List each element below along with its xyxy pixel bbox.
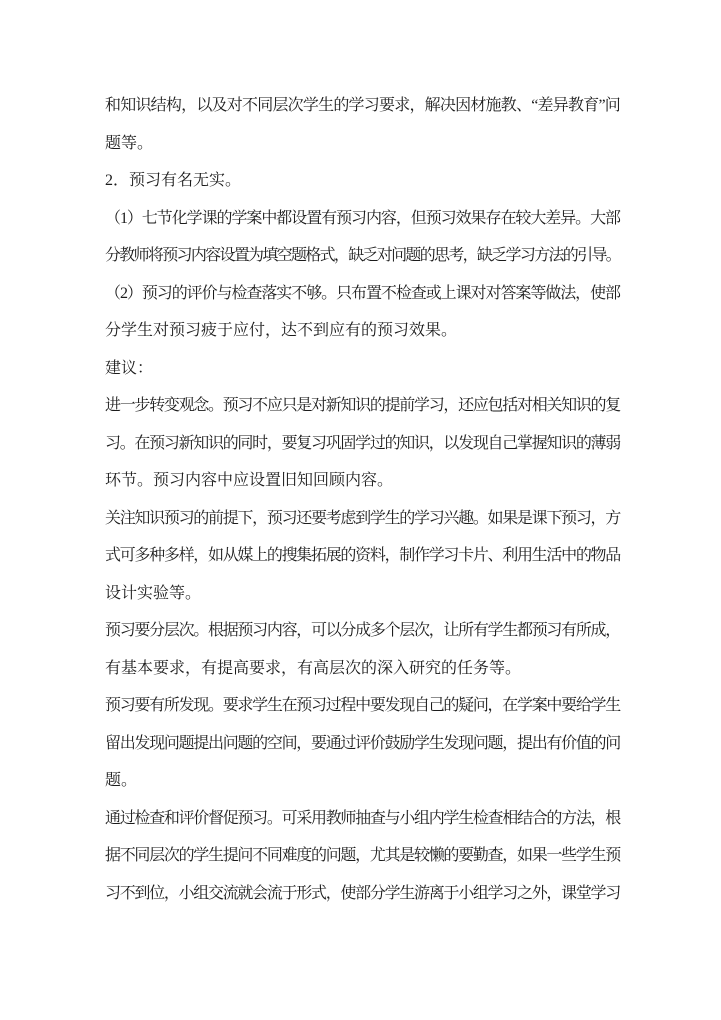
text-line-content: 据不同层次的学生提问不同难度的问题，尤其是较懒的要勤查，如果一些学生预 (105, 847, 620, 864)
text-line-content: 题。 (105, 772, 137, 789)
text-line-content: 题等。 (105, 135, 153, 152)
text-line: 建议： (105, 350, 620, 388)
text-line-content: 预习要分层次。根据预习内容，可以分成多个层次，让所有学生都预习有所成， (105, 622, 620, 639)
paragraph: 建议： (105, 350, 620, 388)
text-line-content: 建议： (105, 360, 153, 377)
text-line: （1）七节化学课的学案中都设置有预习内容，但预习效果存在较大差异。大部 (105, 200, 620, 238)
paragraph: 和知识结构，以及对不同层次学生的学习要求，解决因材施教、“差异教育”问 题等。 (105, 87, 620, 162)
text-line-content: 进一步转变观念。预习不应只是对新知识的提前学习，还应包括对相关知识的复 (105, 397, 620, 414)
text-line: （2）预习的评价与检查落实不够。只布置不检查或上课对对答案等做法，使部 (105, 275, 620, 313)
text-line: 预习要有所发现。要求学生在预习过程中要发现自己的疑问，在学案中要给学生 (105, 687, 620, 725)
text-line: 和知识结构，以及对不同层次学生的学习要求，解决因材施教、“差异教育”问 (105, 87, 620, 125)
text-line-content: 留出发现问题提出问题的空间，要通过评价鼓励学生发现问题，提出有价值的问 (105, 735, 620, 752)
paragraph: （1）七节化学课的学案中都设置有预习内容，但预习效果存在较大差异。大部 分教师将… (105, 200, 620, 275)
text-line-content: 有基本要求，有提高要求，有高层次的深入研究的任务等。 (105, 660, 521, 677)
text-line-content: 通过检查和评价督促预习。可采用教师抽查与小组内学生检查相结合的方法，根 (105, 810, 620, 827)
text-line-content: 和知识结构，以及对不同层次学生的学习要求，解决因材施教、“差异教育”问 (105, 97, 620, 114)
text-line: 2．预习有名无实。 (105, 162, 620, 200)
text-line: 环节。预习内容中应设置旧知回顾内容。 (105, 462, 620, 500)
text-line-content: （2）预习的评价与检查落实不够。只布置不检查或上课对对答案等做法，使部 (105, 285, 620, 302)
document-page: 和知识结构，以及对不同层次学生的学习要求，解决因材施教、“差异教育”问 题等。 … (0, 0, 721, 1020)
text-line: 习。在预习新知识的同时，要复习巩固学过的知识，以发现自己掌握知识的薄弱 (105, 425, 620, 463)
paragraph: 通过检查和评价督促预习。可采用教师抽查与小组内学生检查相结合的方法，根 据不同层… (105, 800, 620, 913)
paragraph: （2）预习的评价与检查落实不够。只布置不检查或上课对对答案等做法，使部 分学生对… (105, 275, 620, 350)
text-line: 题。 (105, 762, 620, 800)
text-line: 式可多种多样，如从媒上的搜集拓展的资料，制作学习卡片、利用生活中的物品 (105, 537, 620, 575)
text-line-content: 分学生对预习疲于应付，达不到应有的预习效果。 (105, 322, 457, 339)
text-line: 题等。 (105, 125, 620, 163)
text-line: 通过检查和评价督促预习。可采用教师抽查与小组内学生检查相结合的方法，根 (105, 800, 620, 838)
text-line-content: 2．预习有名无实。 (105, 172, 241, 189)
text-line: 习不到位，小组交流就会流于形式，使部分学生游离于小组学习之外，课堂学习 (105, 875, 620, 913)
text-line: 有基本要求，有提高要求，有高层次的深入研究的任务等。 (105, 650, 620, 688)
text-line: 设计实验等。 (105, 575, 620, 613)
text-line: 关注知识预习的前提下，预习还要考虑到学生的学习兴趣。如果是课下预习，方 (105, 500, 620, 538)
text-line: 分学生对预习疲于应付，达不到应有的预习效果。 (105, 312, 620, 350)
text-line: 进一步转变观念。预习不应只是对新知识的提前学习，还应包括对相关知识的复 (105, 387, 620, 425)
text-line-content: 设计实验等。 (105, 585, 201, 602)
text-line: 分教师将预习内容设置为填空题格式，缺乏对问题的思考，缺乏学习方法的引导。 (105, 237, 620, 275)
text-line-content: 环节。预习内容中应设置旧知回顾内容。 (105, 472, 393, 489)
paragraph: 2．预习有名无实。 (105, 162, 620, 200)
text-line: 据不同层次的学生提问不同难度的问题，尤其是较懒的要勤查，如果一些学生预 (105, 837, 620, 875)
text-line-content: 习。在预习新知识的同时，要复习巩固学过的知识，以发现自己掌握知识的薄弱 (105, 435, 620, 452)
document-body: 和知识结构，以及对不同层次学生的学习要求，解决因材施教、“差异教育”问 题等。 … (105, 87, 620, 912)
text-line-content: 分教师将预习内容设置为填空题格式，缺乏对问题的思考，缺乏学习方法的引导。 (105, 247, 620, 264)
text-line: 预习要分层次。根据预习内容，可以分成多个层次，让所有学生都预习有所成， (105, 612, 620, 650)
paragraph: 预习要分层次。根据预习内容，可以分成多个层次，让所有学生都预习有所成， 有基本要… (105, 612, 620, 687)
paragraph: 进一步转变观念。预习不应只是对新知识的提前学习，还应包括对相关知识的复 习。在预… (105, 387, 620, 500)
text-line: 留出发现问题提出问题的空间，要通过评价鼓励学生发现问题，提出有价值的问 (105, 725, 620, 763)
text-line-content: 式可多种多样，如从媒上的搜集拓展的资料，制作学习卡片、利用生活中的物品 (105, 547, 620, 564)
paragraph: 关注知识预习的前提下，预习还要考虑到学生的学习兴趣。如果是课下预习，方 式可多种… (105, 500, 620, 613)
text-line-content: 关注知识预习的前提下，预习还要考虑到学生的学习兴趣。如果是课下预习，方 (105, 510, 620, 527)
text-line-content: 预习要有所发现。要求学生在预习过程中要发现自己的疑问，在学案中要给学生 (105, 697, 620, 714)
text-line-content: （1）七节化学课的学案中都设置有预习内容，但预习效果存在较大差异。大部 (105, 210, 620, 227)
paragraph: 预习要有所发现。要求学生在预习过程中要发现自己的疑问，在学案中要给学生 留出发现… (105, 687, 620, 800)
text-line-content: 习不到位，小组交流就会流于形式，使部分学生游离于小组学习之外，课堂学习 (105, 885, 620, 902)
